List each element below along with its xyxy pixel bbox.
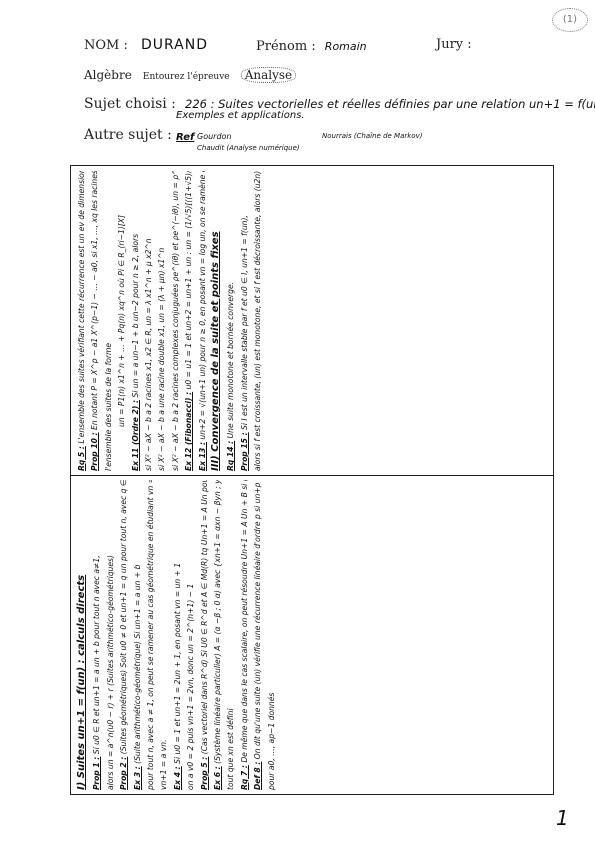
sujet-value: 226 : Suites vectorielles et réelles déf… (185, 97, 595, 111)
text-line: Prop 15 : Si I est un intervalle stable … (238, 171, 251, 471)
sujet-value-continued: Exemples et applications. (176, 110, 305, 121)
text-line: Ex 12 (Fibonacci) : u0 = u1 = 1 et un+2 … (182, 171, 195, 471)
text-line: Ex 4 : Si u0 = 1 et un+1 = 2un + 1, en p… (171, 480, 184, 790)
option-algebre: Algèbre (84, 68, 132, 82)
text-line: Ex 6 : (Système linéaire particulier) A … (211, 480, 224, 790)
prenom-value: Romain (325, 40, 367, 53)
epreuve-choice: Algèbre Entourez l'épreuve Analyse (84, 64, 296, 83)
ref-gourdon: Gourdon (197, 132, 232, 141)
prenom-field: Prénom : Romain (256, 35, 367, 54)
bottom-panel-text: I) Suites un+1 = f(un) : calculs directs… (75, 480, 551, 790)
option-analyse-circled: Analyse (241, 67, 296, 83)
text-line: Prop 10 : En notant P = X^p − a1 X^(p−1)… (88, 171, 101, 471)
autre-sujet-label: Autre sujet : (84, 127, 172, 143)
ref-markov: Nourrais (Chaîne de Markov) (322, 132, 422, 140)
ref-label: Ref (176, 132, 194, 143)
text-line: Def 8 : On dit qu'une suite (un) vérifie… (251, 480, 264, 790)
formula-line: un = P1(n) x1^n + … + Pq(n) xq^n où Pi ∈… (115, 171, 128, 471)
jury-label: Jury : (436, 37, 472, 52)
text-line: Rq 14 : Une suite monotone et bornée con… (224, 171, 237, 471)
section-heading: I) Suites un+1 = f(un) : calculs directs (75, 480, 88, 790)
prenom-label: Prénom : (256, 39, 316, 54)
text-line: alors si f est croissante, (un) est mono… (251, 171, 264, 471)
autre-sujet-field: Autre sujet : (84, 124, 172, 143)
text-line: Ex 3 : (Suite arithmético-géométrique) S… (131, 480, 144, 790)
text-line: Rq 5 : L'ensemble des suites vérifiant c… (75, 171, 88, 471)
text-line: tout que xn est défini (224, 480, 237, 790)
text-line: alors un = a^n(u0 − r) + r (Suites arith… (104, 480, 117, 790)
page-corner-mark: (1) (552, 8, 588, 32)
text-line: Ex 13 : un+2 = √(un+1 un) pour n ≥ 0, en… (196, 171, 209, 471)
page-number: 1 (556, 806, 569, 830)
text-line: Rq 7 : De même que dans le cas scalaire,… (238, 480, 251, 790)
top-panel-text: Rq 5 : L'ensemble des suites vérifiant c… (75, 171, 551, 471)
nom-field: NOM : DURAND (84, 34, 208, 53)
sujet-field: Sujet choisi : 226 : Suites vectorielles… (84, 93, 595, 112)
text-line: vn+1 = a vn. (157, 480, 170, 790)
text-line: Prop 5 : (Cas vectoriel dans R^d) Si U0 … (198, 480, 211, 790)
nom-value: DURAND (141, 37, 208, 53)
text-line: Ex 11 (Ordre 2) : Si un = a un−1 + b un−… (129, 171, 142, 471)
jury-field: Jury : (436, 33, 472, 52)
plan-frame: Rq 5 : L'ensemble des suites vérifiant c… (70, 165, 554, 795)
text-line: si X² − aX − b a une racine double x1, u… (155, 171, 168, 471)
top-panel: Rq 5 : L'ensemble des suites vérifiant c… (71, 166, 555, 475)
text-line: si X² − aX − b a 2 racines complexes con… (169, 171, 182, 471)
text-line: pour tout n, avec a ≠ 1, on peut se rame… (144, 480, 157, 790)
section-heading: III) Convergence de la suite et points f… (209, 171, 222, 471)
text-line: Prop 1 : Si u0 ∈ R et un+1 = a un + b po… (90, 480, 103, 790)
text-line: l'ensemble des suites de la forme (102, 171, 115, 471)
bottom-panel: I) Suites un+1 = f(un) : calculs directs… (71, 476, 555, 794)
sujet-label: Sujet choisi : (84, 96, 176, 112)
text-line: on a v0 = 2 puis vn+1 = 2vn, donc un = 2… (184, 480, 197, 790)
option-instruction: Entourez l'épreuve (143, 72, 230, 82)
text-line: si X² − aX − b a 2 racines x1, x2 ∈ R, u… (142, 171, 155, 471)
text-line: pour a0, …, ap−1 donnés (265, 480, 278, 790)
ref-chaudit: Chaudit (Analyse numérique) (197, 144, 300, 152)
text-line: Prop 2 : (Suites géométriques) Soit u0 ≠… (117, 480, 130, 790)
nom-label: NOM : (84, 38, 128, 53)
